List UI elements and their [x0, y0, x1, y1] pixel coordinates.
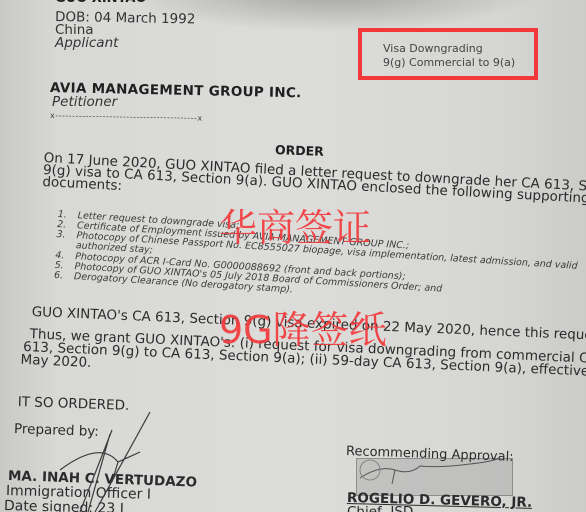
watermark-text-1: 华商签证: [219, 209, 371, 247]
date-signed: Date signed: 23 J: [4, 499, 124, 512]
prepared-by-label: Prepared by:: [14, 423, 99, 439]
order-closing: IT SO ORDERED.: [18, 396, 130, 413]
petitioner-label-text: Petitioner: [52, 94, 117, 110]
applicant-label: Applicant: [55, 37, 118, 51]
list-item-number: 3.: [56, 230, 66, 240]
list-item-number: 6.: [54, 271, 64, 281]
order-title: ORDER: [275, 144, 324, 158]
subject-line-2: 9(g) Commercial to 9(a): [383, 57, 515, 68]
watermark-text-2: 9G降签纸: [219, 311, 387, 349]
paragraph-1-line: documents:: [42, 176, 122, 194]
applicant-name: GUO XINTAO: [55, 0, 147, 5]
applicant-label-text: Applicant: [55, 35, 118, 51]
paragraph-3-line: May 2020.: [20, 354, 91, 371]
document-photo: GUO XINTAO DOB: 04 March 1992 China Appl…: [0, 0, 586, 512]
petitioner-label: Petitioner: [52, 96, 117, 110]
recommender-title: Chief, ISD: [347, 506, 413, 512]
separator-line: x---------------------------------------…: [50, 112, 203, 123]
subject-line-1: Visa Downgrading: [383, 43, 483, 54]
